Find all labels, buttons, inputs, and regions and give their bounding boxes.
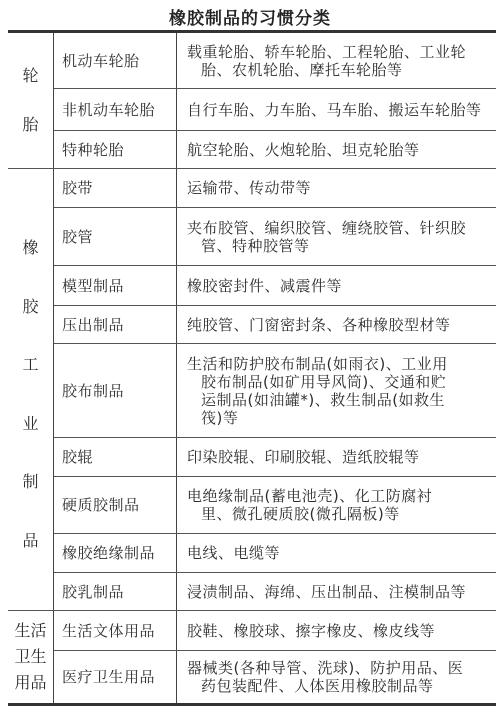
category-char: 工	[22, 356, 38, 374]
description-line: 纯胶管、门窗密封条、各种橡胶型材等	[187, 316, 451, 334]
subcategory-cell: 胶带	[54, 169, 176, 207]
description-cell: 夹布胶管、编织胶管、缠绕胶管、针织胶 管、特种胶管等	[177, 208, 496, 265]
description-line: 胶鞋、橡胶球、擦字橡皮、橡皮线等	[187, 622, 435, 640]
description-line: 生活和防护胶布制品(如雨衣)、工业用	[187, 355, 448, 373]
description-line: 电绝缘制品(蓄电池壳)、化工防腐衬	[187, 487, 432, 505]
category-char: 用品	[14, 670, 46, 696]
description-cell: 生活和防护胶布制品(如雨衣)、工业用 胶布制品(如矿用导风筒)、交通和贮 运制品…	[177, 344, 496, 437]
description-line: 里、微孔硬质胶(微孔隔板)等	[187, 505, 432, 523]
category-char: 品	[22, 532, 38, 550]
description-line: 印染胶辊、印刷胶辊、造纸胶辊等	[187, 448, 420, 466]
subcategory-cell: 胶辊	[54, 438, 176, 476]
description-cell: 运输带、传动带等	[177, 169, 496, 207]
category-industrial-rubber-products: 橡 胶 工 业 制 品	[8, 169, 53, 610]
category-tires: 轮 胎	[8, 33, 53, 168]
category-char: 轮	[22, 67, 38, 85]
description-line: 自行车胎、力车胎、马车胎、搬运车轮胎等	[187, 101, 482, 119]
classification-table: 轮 胎 机动车轮胎 载重轮胎、轿车轮胎、工程轮胎、工业轮 胎、农机轮胎、摩托车轮…	[8, 30, 496, 706]
subcategory-cell: 生活文体用品	[54, 611, 176, 650]
category-char: 制	[22, 473, 38, 491]
subcategory-cell: 医疗卫生用品	[54, 651, 176, 703]
description-cell: 载重轮胎、轿车轮胎、工程轮胎、工业轮 胎、农机轮胎、摩托车轮胎等	[177, 33, 496, 88]
description-line: 电线、电缆等	[187, 544, 280, 562]
category-char: 胎	[22, 116, 38, 134]
subcategory-cell: 模型制品	[54, 266, 176, 305]
description-line: 筏)等	[187, 409, 448, 427]
description-line: 胎、农机轮胎、摩托车轮胎等	[187, 61, 466, 79]
description-line: 载重轮胎、轿车轮胎、工程轮胎、工业轮	[187, 43, 466, 61]
description-line: 航空轮胎、火炮轮胎、坦克轮胎等	[187, 141, 420, 159]
description-cell: 印染胶辊、印刷胶辊、造纸胶辊等	[177, 438, 496, 476]
description-cell: 航空轮胎、火炮轮胎、坦克轮胎等	[177, 131, 496, 168]
subcategory-cell: 特种轮胎	[54, 131, 176, 168]
description-line: 药包装配件、人体医用橡胶制品等	[187, 677, 463, 695]
description-line: 管、特种胶管等	[187, 237, 466, 255]
category-char: 胶	[22, 298, 38, 316]
description-cell: 胶鞋、橡胶球、擦字橡皮、橡皮线等	[177, 611, 496, 650]
bottom-rule	[8, 703, 496, 706]
subcategory-cell: 胶管	[54, 208, 176, 265]
subcategory-cell: 胶乳制品	[54, 573, 176, 610]
subcategory-cell: 机动车轮胎	[54, 33, 176, 88]
subcategory-cell: 压出制品	[54, 306, 176, 343]
category-char: 生活	[14, 618, 46, 644]
table-title: 橡胶制品的习惯分类	[0, 4, 500, 29]
description-line: 运输带、传动带等	[187, 179, 311, 197]
description-cell: 浸渍制品、海绵、压出制品、注模制品等	[177, 573, 496, 610]
description-cell: 电绝缘制品(蓄电池壳)、化工防腐衬 里、微孔硬质胶(微孔隔板)等	[177, 477, 496, 533]
category-char: 橡	[22, 239, 38, 257]
description-cell: 自行车胎、力车胎、马车胎、搬运车轮胎等	[177, 89, 496, 130]
description-line: 橡胶密封件、减震件等	[187, 277, 342, 295]
subcategory-cell: 硬质胶制品	[54, 477, 176, 533]
category-daily-hygiene-products: 生活 卫生 用品	[8, 611, 53, 703]
category-char: 业	[22, 415, 38, 433]
description-cell: 纯胶管、门窗密封条、各种橡胶型材等	[177, 306, 496, 343]
description-line: 器械类(各种导管、洗球)、防护用品、医	[187, 659, 463, 677]
description-cell: 电线、电缆等	[177, 534, 496, 572]
subcategory-cell: 橡胶绝缘制品	[54, 534, 176, 572]
subcategory-cell: 胶布制品	[54, 344, 176, 437]
description-line: 夹布胶管、编织胶管、缠绕胶管、针织胶	[187, 219, 466, 237]
description-line: 浸渍制品、海绵、压出制品、注模制品等	[187, 583, 466, 601]
category-char: 卫生	[14, 644, 46, 670]
description-line: 胶布制品(如矿用导风筒)、交通和贮	[187, 373, 448, 391]
description-cell: 器械类(各种导管、洗球)、防护用品、医 药包装配件、人体医用橡胶制品等	[177, 651, 496, 703]
subcategory-cell: 非机动车轮胎	[54, 89, 176, 130]
description-line: 运制品(如油罐*)、救生制品(如救生	[187, 391, 448, 409]
description-cell: 橡胶密封件、减震件等	[177, 266, 496, 305]
